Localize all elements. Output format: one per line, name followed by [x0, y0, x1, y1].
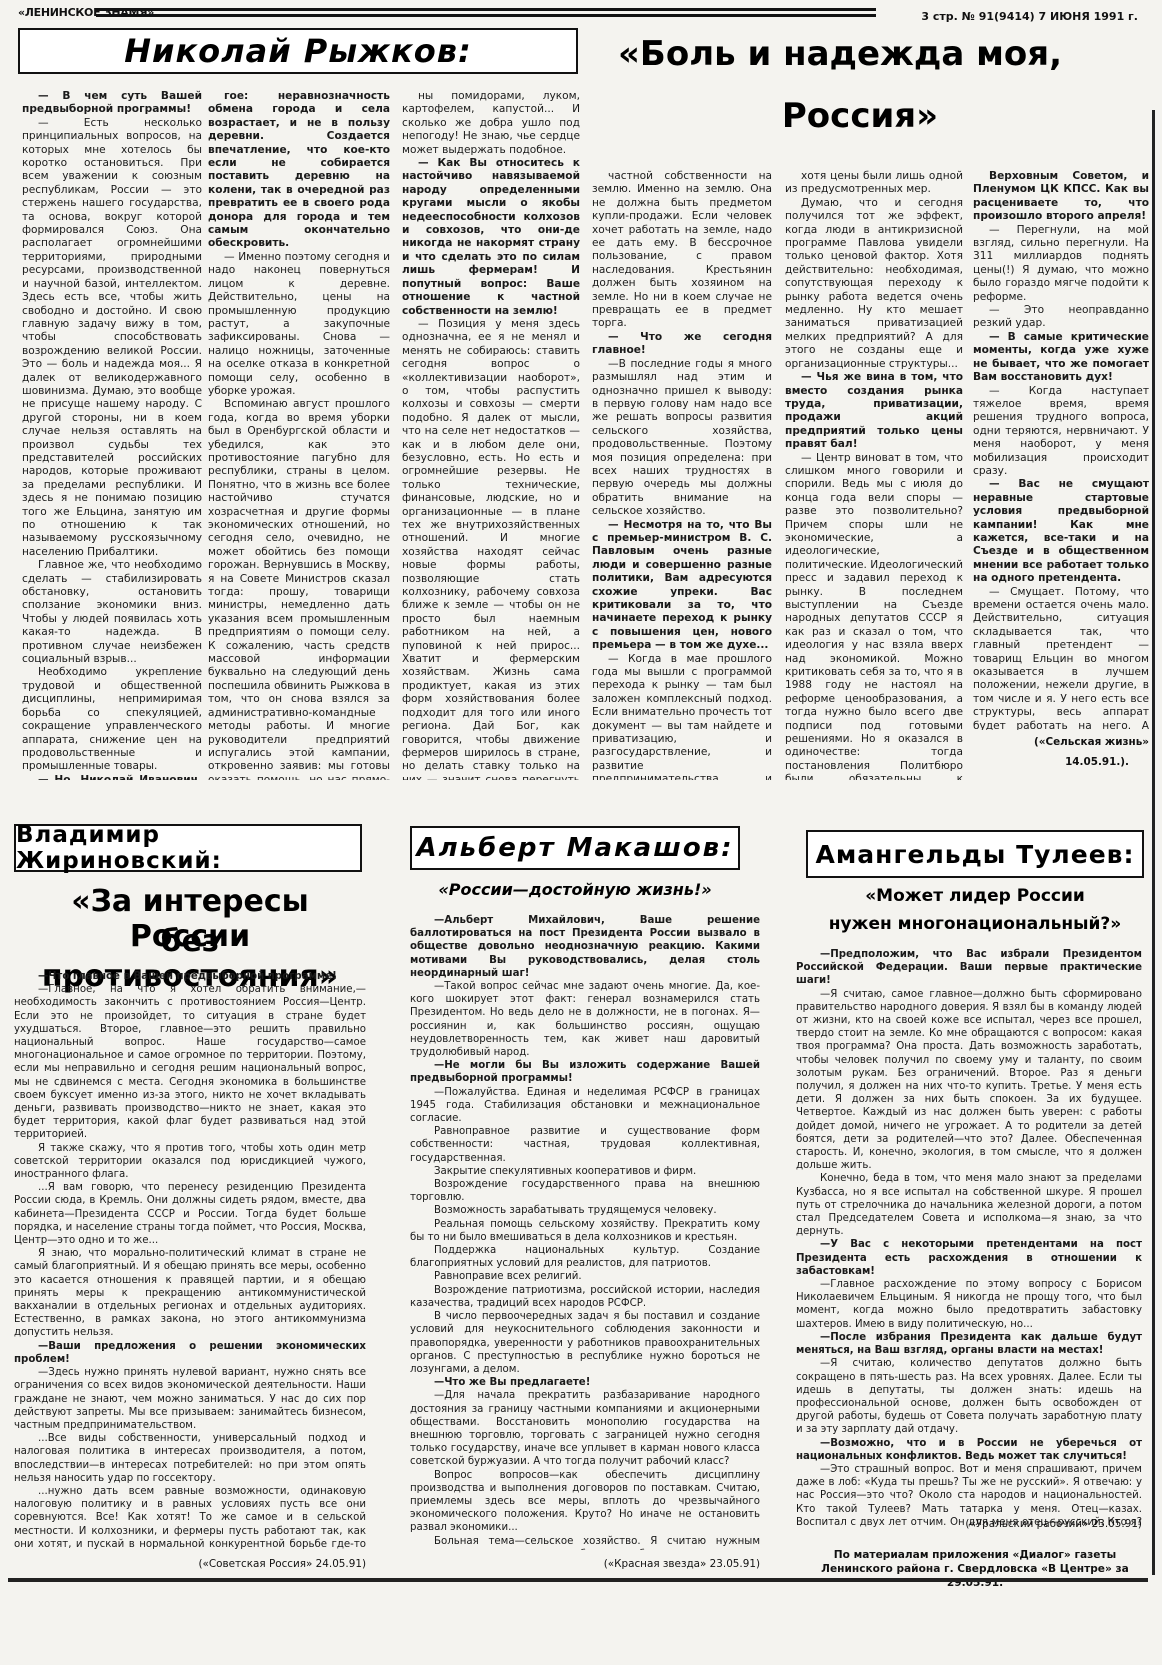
interview-answer: Больная тема—сельское хозяйство. Я счита…: [410, 1535, 760, 1550]
source-citation: («Уральский рабочий» 23.05.91): [796, 1518, 1142, 1530]
interview-answer: Возрождение государственного права на вн…: [410, 1178, 760, 1204]
interview-answer: —Я считаю, самое главное—должно быть сфо…: [796, 988, 1142, 1173]
interview-answer: частной собственности на землю. Именно н…: [592, 170, 772, 331]
interview-answer: ны помидорами, луком, картофелем, капуст…: [402, 90, 580, 157]
interview-answer: — Это неоправданно резкий удар.: [973, 304, 1149, 331]
interview-answer: —Для начала прекратить разбазаривание на…: [410, 1389, 760, 1468]
interview-answer: Возможность зарабатывать трудящемуся чел…: [410, 1204, 760, 1217]
interview-answer: ...Все виды собственности, универсальный…: [14, 1432, 366, 1485]
headline-cont: нужен многонациональный?»: [800, 914, 1150, 934]
interview-question: — В чем суть Вашей предвыборной программ…: [22, 90, 202, 117]
interview-question: —Что главное в Вашей предвыборной програ…: [14, 970, 366, 983]
article-column: ны помидорами, луком, картофелем, капуст…: [402, 90, 580, 780]
interview-question: Верховным Советом, и Пленумом ЦК КПСС. К…: [973, 170, 1149, 224]
interview-answer: Вопрос вопросов—как обеспечить дисциплин…: [410, 1469, 760, 1535]
interview-answer: — Центр виноват в том, что слишком много…: [785, 452, 963, 780]
interview-answer: Необходимо укрепление трудовой и обществ…: [22, 666, 202, 773]
article-column: гое: неравнозначность обмена города и се…: [208, 90, 390, 780]
interview-answer: — Именно поэтому сегодня и надо наконец …: [208, 251, 390, 398]
interview-answer: Равноправное развитие и существование фо…: [410, 1125, 760, 1165]
source-citation: («Сельская жизнь»: [973, 736, 1149, 748]
interview-answer: хотя цены были лишь одной из предусмотре…: [785, 170, 963, 197]
interview-answer: ...Я вам говорю, что перенесу резиденцию…: [14, 1181, 366, 1247]
issue-info: 3 стр. № 91(9414) 7 ИЮНЯ 1991 г.: [921, 10, 1138, 23]
interview-question: —Что же Вы предлагаете!: [410, 1376, 760, 1389]
interview-answer: —Здесь нужно принять нулевой вариант, ну…: [14, 1366, 366, 1432]
interview-answer: Вспоминаю август прошлого года, когда во…: [208, 398, 390, 780]
interview-answer: Конечно, беда в том, что меня мало знают…: [796, 1172, 1142, 1238]
interview-answer: Равноправие всех религий.: [410, 1270, 760, 1283]
interview-question: —Альберт Михайлович, Ваше решение баллот…: [410, 914, 760, 980]
source-date: 14.05.91.).: [973, 756, 1129, 768]
interview-question: — Чья же вина в том, что вместо создания…: [785, 371, 963, 451]
interview-answer: — Когда наступает тяжелое время, время р…: [973, 385, 1149, 479]
credit-note: По материалам приложения «Диалог» газеты…: [810, 1548, 1140, 1590]
article-column: частной собственности на землю. Именно н…: [592, 170, 772, 780]
interview-question: —Предположим, что Вас избрали Президенто…: [796, 948, 1142, 988]
interview-answer: — Когда в мае прошлого года мы вышли с п…: [592, 653, 772, 780]
interview-question: —Не могли бы Вы изложить содержание Ваше…: [410, 1059, 760, 1085]
headline: «Боль и надежда моя,: [600, 34, 1080, 74]
interview-answer: —В последние годы я много размышлял над …: [592, 358, 772, 519]
interview-answer: Поддержка национальных культур. Создание…: [410, 1244, 760, 1270]
interview-answer: ...нужно дать всем равные возможности, о…: [14, 1485, 366, 1550]
author-name-box: Владимир Жириновский:: [14, 824, 362, 872]
interview-answer: —Главное расхождение по этому вопросу с …: [796, 1278, 1142, 1331]
interview-answer: Я также скажу, что я против того, чтобы …: [14, 1142, 366, 1182]
article-column: хотя цены были лишь одной из предусмотре…: [785, 170, 963, 780]
interview-question: —У Вас с некоторыми претендентами на пос…: [796, 1238, 1142, 1278]
interview-answer: —Я считаю, количество депутатов должно б…: [796, 1357, 1142, 1436]
interview-question: — Но, Николай Иванович, откровенно призн…: [22, 774, 202, 780]
interview-question: — Несмотря на то, что Вы с премьер-минис…: [592, 519, 772, 653]
page-border-right: [1152, 110, 1155, 1575]
source-citation: («Советская Россия» 24.05.91): [14, 1558, 366, 1570]
interview-answer: — Смущает. Потому, что времени остается …: [973, 586, 1149, 730]
source-citation: («Красная звезда» 23.05.91): [410, 1558, 760, 1570]
interview-answer: —Такой вопрос сейчас мне задают очень мн…: [410, 980, 760, 1059]
interview-question: — Что же сегодня главное!: [592, 331, 772, 358]
interview-question: — Как Вы относитесь к настойчиво навязыв…: [402, 157, 580, 318]
interview-answer: —Главное, на что я хотел обратить вниман…: [14, 983, 366, 1141]
interview-answer: Закрытие спекулятивных кооперативов и фи…: [410, 1165, 760, 1178]
bottom-rule: [8, 1578, 1148, 1582]
interview-answer: Я знаю, что морально-политический климат…: [14, 1247, 366, 1339]
interview-question: —После избрания Президента как дальше бу…: [796, 1331, 1142, 1357]
interview-answer: Реальная помощь сельскому хозяйству. Пре…: [410, 1218, 760, 1244]
interview-answer: Возрождение патриотизма, российской исто…: [410, 1284, 760, 1310]
masthead-rule: [96, 8, 876, 17]
article-body: —Предположим, что Вас избрали Президенто…: [796, 948, 1142, 1528]
interview-question: — Вас не смущают неравные стартовые усло…: [973, 478, 1149, 585]
interview-question: — В самые критические моменты, когда уже…: [973, 331, 1149, 385]
interview-question: —Ваши предложения о решении экономически…: [14, 1340, 366, 1366]
article-body: —Что главное в Вашей предвыборной програ…: [14, 970, 366, 1550]
interview-answer: Главное же, что необходимо сделать — ста…: [22, 559, 202, 666]
headline: «России—достойную жизнь!»: [410, 880, 740, 899]
interview-answer: —Пожалуйства. Единая и неделимая РСФСР в…: [410, 1086, 760, 1126]
author-name-box: Альберт Макашов:: [410, 826, 740, 870]
interview-answer: Думаю, что и сегодня получился тот же эф…: [785, 197, 963, 371]
headline-cont: Россия»: [760, 96, 960, 136]
author-name-box: Николай Рыжков:: [18, 28, 578, 74]
interview-question: —Возможно, что и в России не уберечься о…: [796, 1437, 1142, 1463]
article-column: — В чем суть Вашей предвыборной программ…: [22, 90, 202, 780]
interview-question: гое: неравнозначность обмена города и се…: [208, 90, 390, 251]
headline: «Может лидер России: [800, 886, 1150, 906]
article-column: Верховным Советом, и Пленумом ЦК КПСС. К…: [973, 170, 1149, 730]
interview-answer: В число первоочередных задач я бы постав…: [410, 1310, 760, 1376]
interview-answer: — Позиция у меня здесь однозначна, ее я …: [402, 318, 580, 780]
article-body: —Альберт Михайлович, Ваше решение баллот…: [410, 914, 760, 1550]
interview-answer: — Есть несколько принципиальных вопросов…: [22, 117, 202, 559]
interview-answer: — Перегнули, на мой взгляд, сильно перег…: [973, 224, 1149, 304]
author-name-box: Амангельды Тулеев:: [806, 830, 1144, 878]
